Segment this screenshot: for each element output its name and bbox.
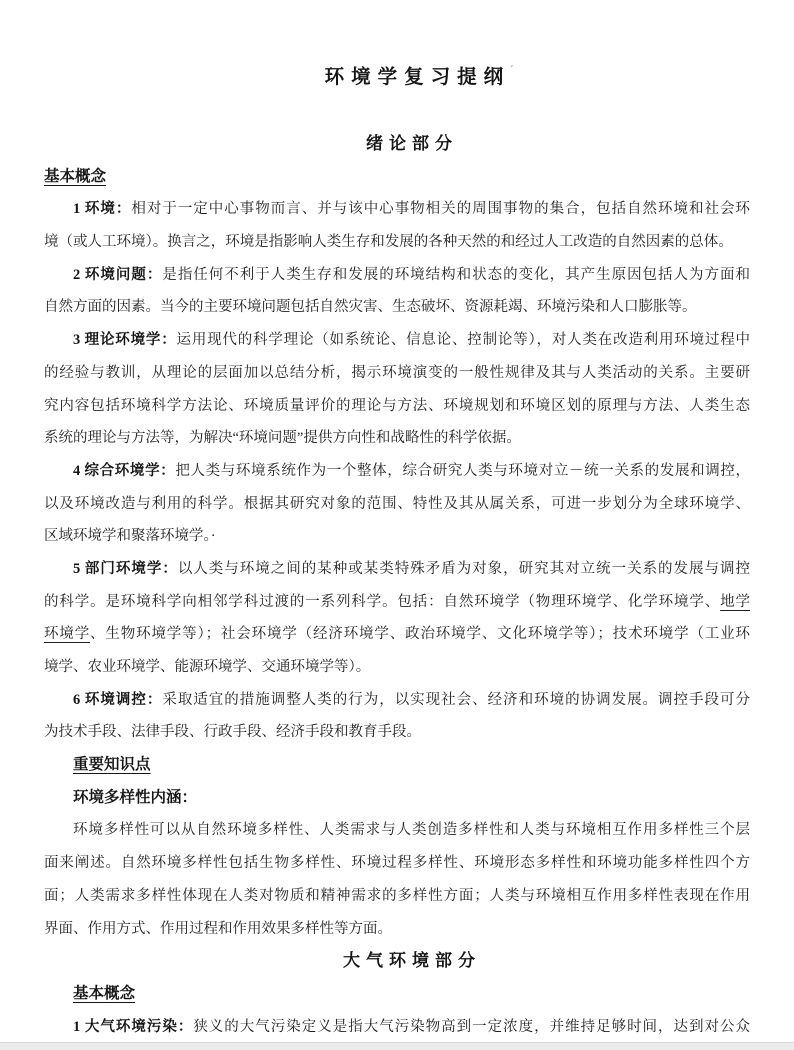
text-segment: 面；人类需求多样性体现在人类对物质和精神需求的多样性方面；人类与环境相互作用多样… (44, 888, 750, 904)
paragraph: 环境多样性可以从自然环境多样性、人类需求与人类创造多样性和人类与环境相互作用多样… (44, 814, 750, 945)
paragraph: 3 理论环境学：运用现代的科学理论（如系统论、信息论、控制论等），对人类在改造利… (44, 324, 750, 455)
text-segment: 1 大气环境污染： (73, 1019, 193, 1035)
text-segment: 区域环境学和聚落环境学。· (44, 528, 216, 544)
text-line: 为技术手段、法律手段、行政手段、经济手段和教育手段。 (44, 716, 750, 749)
text-segment: 地学 (720, 594, 750, 610)
text-segment: 面来阐述。自然环境多样性包括生物多样性、环境过程多样性、环境形态多样性和环境功能… (44, 855, 750, 871)
text-line: 6 环境调控：采取适宜的措施调整人类的行为，以实现社会、经济和环境的协调发展。调… (44, 684, 750, 717)
page-bottom-strip (0, 1042, 794, 1050)
text-segment: 境学、农业环境学、能源环境学、交通环境学等）。 (44, 659, 370, 675)
doc-title-text: 环境学复习提纲 (325, 67, 511, 88)
paragraph: 2 环境问题：是指任何不利于人类生存和发展的环境结构和状态的变化，其产生原因包括… (44, 259, 750, 324)
paragraph: 1 环境：相对于一定中心事物而言、并与该中心事物相关的周围事物的集合，包括自然环… (44, 193, 750, 258)
text-segment: 相对于一定中心事物而言、并与该中心事物相关的周围事物的集合，包括自然环境和社会环 (131, 201, 750, 217)
scan-artifact-mark: ˊ (510, 65, 513, 76)
text-segment: 自然方面的因素。当今的主要环境问题包括自然灾害、生态破坏、资源耗竭、环境污染和人… (44, 299, 697, 315)
text-line: 的科学。是环境科学向相邻学科过渡的一系列科学。包括：自然环境学（物理环境学、化学… (44, 586, 750, 619)
subheading-text: 基本概念 (73, 985, 135, 1002)
paragraph: 5 部门环境学：以人类与环境之间的某种或某类特殊矛盾为对象，研究其对立统一关系的… (44, 553, 750, 684)
text-line: 面；人类需求多样性体现在人类对物质和精神需求的多样性方面；人类与环境相互作用多样… (44, 880, 750, 913)
text-segment: 环境学 (44, 626, 90, 642)
text-line: 系统的理论与方法等，为解决“环境问题”提供方向性和战略性的科学依据。 (44, 422, 750, 455)
text-segment: 采取适宜的措施调整人类的行为，以实现社会、经济和环境的协调发展。调控手段可分 (162, 692, 750, 708)
section-heading: 绪论部分 (44, 128, 750, 161)
text-line: 界面、作用方式、作用过程和作用效果多样性等方面。 (44, 913, 750, 946)
text-line: 5 部门环境学：以人类与环境之间的某种或某类特殊矛盾为对象，研究其对立统一关系的… (44, 553, 750, 586)
subheading: 环境多样性内涵： (44, 782, 750, 815)
doc-title: 环境学复习提纲ˊ (44, 52, 750, 90)
text-line: 面来阐述。自然环境多样性包括生物多样性、环境过程多样性、环境形态多样性和环境功能… (44, 847, 750, 880)
text-segment: 以及环境改造与利用的科学。根据其研究对象的范围、特性及其从属关系，可进一步划分为… (44, 496, 750, 512)
text-segment: 的科学。是环境科学向相邻学科过渡的一系列科学。包括：自然环境学（物理环境学、化学… (44, 594, 720, 610)
subheading-text: 环境多样性内涵： (73, 789, 197, 806)
text-segment: 界面、作用方式、作用过程和作用效果多样性等方面。 (44, 921, 392, 937)
text-segment: 6 环境调控： (73, 692, 162, 708)
text-segment: 5 部门环境学： (73, 561, 178, 577)
text-line: 的经验与教训，从理论的层面加以总结分析，揭示环境演变的一般性规律及其与人类活动的… (44, 357, 750, 390)
text-segment: 系统的理论与方法等，为解决“环境问题”提供方向性和战略性的科学依据。 (44, 430, 521, 446)
text-segment: 为技术手段、法律手段、行政手段、经济手段和教育手段。 (44, 724, 421, 740)
text-segment: 境（或人工环境）。换言之，环境是指影响人类生存和发展的各种天然的和经过人工改造的… (44, 234, 733, 250)
text-line: 究内容包括环境科学方法论、环境质量评价的理论与方法、环境规划和环境区划的原理与方… (44, 390, 750, 423)
text-line: 1 环境：相对于一定中心事物而言、并与该中心事物相关的周围事物的集合，包括自然环… (44, 193, 750, 226)
text-line: 自然方面的因素。当今的主要环境问题包括自然灾害、生态破坏、资源耗竭、环境污染和人… (44, 291, 750, 324)
text-segment: 4 综合环境学： (73, 463, 175, 479)
text-line: 4 综合环境学：把人类与环境系统作为一个整体，综合研究人类与环境对立－统一关系的… (44, 455, 750, 488)
text-segment: 1 环境： (73, 201, 131, 217)
text-segment: 狭义的大气污染定义是指大气污染物高到一定浓度，并维持足够时间，达到对公众 (193, 1019, 750, 1035)
paragraph: 4 综合环境学：把人类与环境系统作为一个整体，综合研究人类与环境对立－统一关系的… (44, 455, 750, 553)
text-segment: 2 环境问题： (73, 267, 162, 283)
subheading-text: 基本概念 (44, 168, 106, 185)
text-line: 区域环境学和聚落环境学。· (44, 520, 750, 553)
text-line: 环境学、生物环境学等）；社会环境学（经济环境学、政治环境学、文化环境学等）；技术… (44, 618, 750, 651)
text-segment: 运用现代的科学理论（如系统论、信息论、控制论等），对人类在改造利用环境过程中 (177, 332, 750, 348)
document-page: 环境学复习提纲ˊ绪论部分基本概念1 环境：相对于一定中心事物而言、并与该中心事物… (0, 0, 794, 1050)
section-heading: 大气环境部分 (44, 945, 750, 978)
text-segment: 究内容包括环境科学方法论、环境质量评价的理论与方法、环境规划和环境区划的原理与方… (44, 398, 750, 414)
text-line: 环境多样性可以从自然环境多样性、人类需求与人类创造多样性和人类与环境相互作用多样… (44, 814, 750, 847)
text-segment: 以人类与环境之间的某种或某类特殊矛盾为对象，研究其对立统一关系的发展与调控 (178, 561, 750, 577)
text-segment: 是指任何不利于人类生存和发展的环境结构和状态的变化，其产生原因包括人为方面和 (162, 267, 750, 283)
subheading-text: 重要知识点 (73, 756, 151, 773)
subheading: 基本概念 (44, 978, 750, 1011)
text-line: 3 理论环境学：运用现代的科学理论（如系统论、信息论、控制论等），对人类在改造利… (44, 324, 750, 357)
text-segment: 的经验与教训，从理论的层面加以总结分析，揭示环境演变的一般性规律及其与人类活动的… (44, 365, 750, 381)
text-line: 1 大气环境污染：狭义的大气污染定义是指大气污染物高到一定浓度，并维持足够时间，… (44, 1011, 750, 1044)
text-line: 以及环境改造与利用的科学。根据其研究对象的范围、特性及其从属关系，可进一步划分为… (44, 488, 750, 521)
text-segment: 3 理论环境学： (73, 332, 177, 348)
text-line: 2 环境问题：是指任何不利于人类生存和发展的环境结构和状态的变化，其产生原因包括… (44, 259, 750, 292)
paragraph: 1 大气环境污染：狭义的大气污染定义是指大气污染物高到一定浓度，并维持足够时间，… (44, 1011, 750, 1044)
document-content: 环境学复习提纲ˊ绪论部分基本概念1 环境：相对于一定中心事物而言、并与该中心事物… (44, 0, 750, 1043)
text-line: 境学、农业环境学、能源环境学、交通环境学等）。 (44, 651, 750, 684)
subheading: 重要知识点 (44, 749, 750, 782)
text-segment: 环境多样性可以从自然环境多样性、人类需求与人类创造多样性和人类与环境相互作用多样… (73, 822, 750, 838)
paragraph: 6 环境调控：采取适宜的措施调整人类的行为，以实现社会、经济和环境的协调发展。调… (44, 684, 750, 749)
text-segment: 把人类与环境系统作为一个整体，综合研究人类与环境对立－统一关系的发展和调控， (175, 463, 750, 479)
text-line: 境（或人工环境）。换言之，环境是指影响人类生存和发展的各种天然的和经过人工改造的… (44, 226, 750, 259)
subheading: 基本概念 (44, 161, 750, 194)
text-segment: 、生物环境学等）；社会环境学（经济环境学、政治环境学、文化环境学等）；技术环境学… (90, 626, 750, 642)
